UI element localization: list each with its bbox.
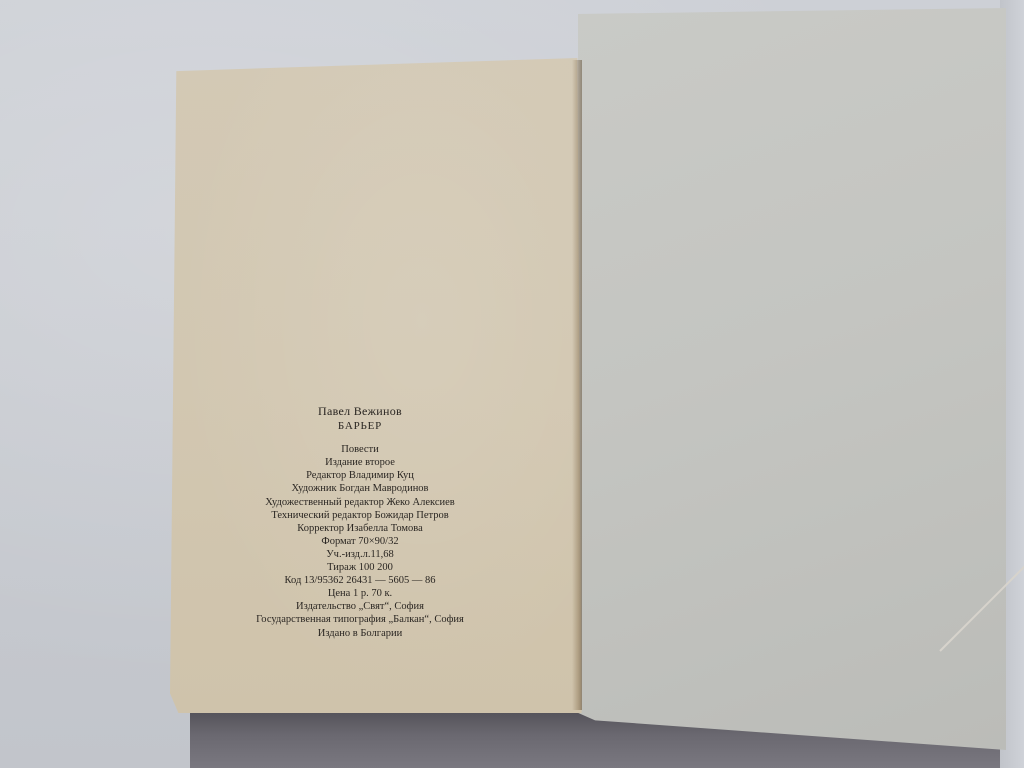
imprint-line-proofreader: Корректор Изабелла Томова: [230, 522, 490, 535]
imprint-block: Павел Вежинов БАРЬЕР Повести Издание вто…: [230, 405, 490, 640]
book-title: БАРЬЕР: [230, 420, 490, 433]
inside-back-cover: [578, 8, 1006, 750]
imprint-line-country: Издано в Болгарии: [230, 627, 490, 640]
author-name: Павел Вежинов: [230, 405, 490, 418]
imprint-line-print-run: Тираж 100 200: [230, 561, 490, 574]
imprint-line-printer: Государственная типография „Балкан“, Соф…: [230, 613, 490, 626]
imprint-line-price: Цена 1 р. 70 к.: [230, 587, 490, 600]
imprint-line-editor: Редактор Владимир Куц: [230, 469, 490, 482]
imprint-line-edition: Издание второе: [230, 456, 490, 469]
imprint-line-genre: Повести: [230, 443, 490, 456]
imprint-line-code: Код 13/95362 26431 — 5605 — 86: [230, 574, 490, 587]
imprint-line-art-editor: Художественный редактор Жеко Алексиев: [230, 496, 490, 509]
imprint-line-artist: Художник Богдан Мавродинов: [230, 482, 490, 495]
page-spine-edge: [572, 60, 582, 710]
imprint-line-sheets: Уч.-изд.л.11,68: [230, 548, 490, 561]
imprint-line-format: Формат 70×90/32: [230, 535, 490, 548]
imprint-line-publisher: Издательство „Свят“, София: [230, 600, 490, 613]
imprint-line-tech-editor: Технический редактор Божидар Петров: [230, 509, 490, 522]
